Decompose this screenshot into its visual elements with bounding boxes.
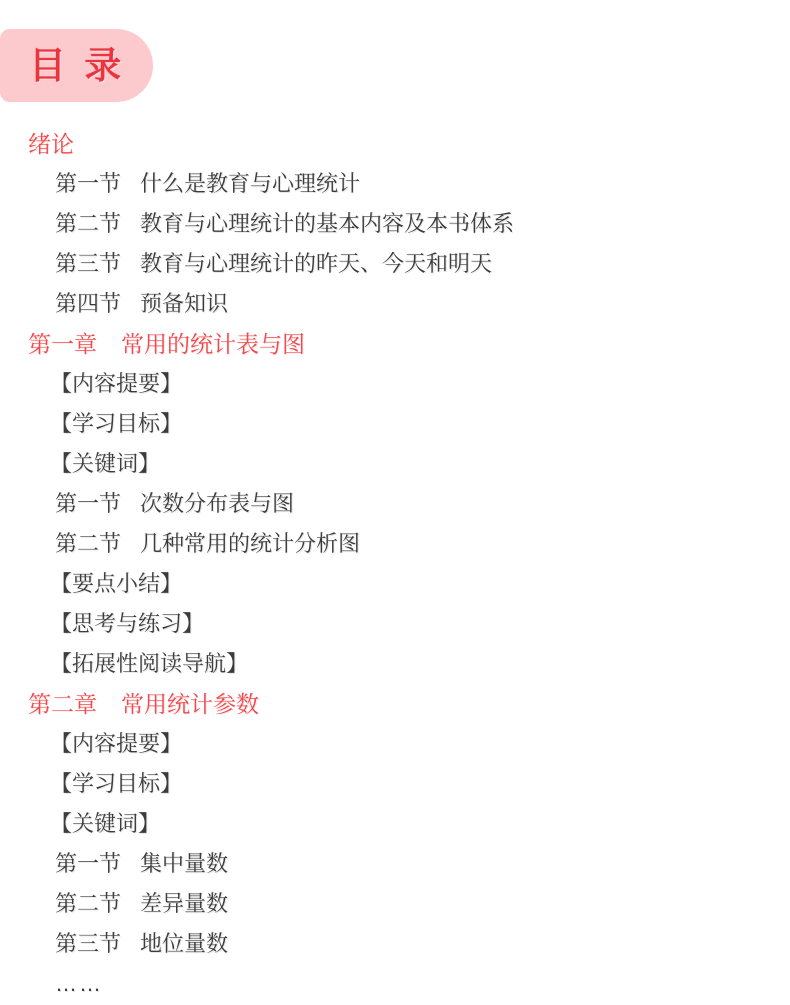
toc-item-title: 什么是教育与心理统计 xyxy=(140,164,360,204)
toc-item[interactable]: 【学习目标】 xyxy=(0,764,790,804)
toc-item[interactable]: 绪论 xyxy=(0,124,790,164)
toc-item[interactable]: 【关键词】 xyxy=(0,804,790,844)
toc-item[interactable]: 【内容提要】 xyxy=(0,364,790,404)
toc-item[interactable]: 第一节集中量数 xyxy=(0,844,790,884)
page-title: 目 录 xyxy=(29,47,125,84)
toc-item[interactable]: 【学习目标】 xyxy=(0,404,790,444)
toc-item-title: 【拓展性阅读导航】 xyxy=(50,644,248,684)
toc-item[interactable]: 第二章常用统计参数 xyxy=(0,684,790,724)
toc-item[interactable]: 【要点小结】 xyxy=(0,564,790,604)
page: { "badge": { "label": "目 录", "bg_color":… xyxy=(0,0,790,1005)
toc-item-title: 【要点小结】 xyxy=(50,564,182,604)
toc-item[interactable]: 第二节差异量数 xyxy=(0,884,790,924)
toc-item-title: …… xyxy=(55,964,103,1004)
toc-item-title: 次数分布表与图 xyxy=(140,484,294,524)
toc-item-label: 第一节 xyxy=(55,844,121,884)
toc-item-label: 第三节 xyxy=(55,244,121,284)
toc-item[interactable]: 第三节教育与心理统计的昨天、今天和明天 xyxy=(0,244,790,284)
toc-item-label: 第三节 xyxy=(55,924,121,964)
toc-item[interactable]: 第四节预备知识 xyxy=(0,284,790,324)
toc-item-title: 常用的统计表与图 xyxy=(121,324,305,364)
toc-item-title: 教育与心理统计的基本内容及本书体系 xyxy=(140,204,514,244)
toc-item-title: 【内容提要】 xyxy=(50,724,182,764)
toc-item-title: 【学习目标】 xyxy=(50,404,182,444)
toc-item-title: 【内容提要】 xyxy=(50,364,182,404)
toc-item[interactable]: 【内容提要】 xyxy=(0,724,790,764)
toc-item-label: 第二节 xyxy=(55,204,121,244)
toc-item[interactable]: 第二节几种常用的统计分析图 xyxy=(0,524,790,564)
toc-item[interactable]: 第一章常用的统计表与图 xyxy=(0,324,790,364)
toc-item-title: 【关键词】 xyxy=(50,804,160,844)
toc-item-title: 差异量数 xyxy=(140,884,228,924)
toc-item-label: 第一节 xyxy=(55,164,121,204)
toc-item[interactable]: 第三节地位量数 xyxy=(0,924,790,964)
toc-item-title: 【学习目标】 xyxy=(50,764,182,804)
toc-item[interactable]: 【思考与练习】 xyxy=(0,604,790,644)
toc-item-label: 绪论 xyxy=(28,124,74,164)
toc-item-title: 集中量数 xyxy=(140,844,228,884)
toc-item-title: 几种常用的统计分析图 xyxy=(140,524,360,564)
toc-item-title: 【思考与练习】 xyxy=(50,604,204,644)
toc-item[interactable]: 【拓展性阅读导航】 xyxy=(0,644,790,684)
toc-item-label: 第二节 xyxy=(55,524,121,564)
toc-list: 绪论第一节什么是教育与心理统计第二节教育与心理统计的基本内容及本书体系第三节教育… xyxy=(0,124,790,1004)
toc-item[interactable]: …… xyxy=(0,964,790,1004)
toc-item-label: 第一节 xyxy=(55,484,121,524)
toc-item-title: 教育与心理统计的昨天、今天和明天 xyxy=(140,244,492,284)
toc-header-badge: 目 录 xyxy=(0,29,153,102)
toc-item-title: 地位量数 xyxy=(140,924,228,964)
toc-item[interactable]: 第一节次数分布表与图 xyxy=(0,484,790,524)
toc-item[interactable]: 第二节教育与心理统计的基本内容及本书体系 xyxy=(0,204,790,244)
toc-item-label: 第二章 xyxy=(28,684,97,724)
toc-item-label: 第四节 xyxy=(55,284,121,324)
toc-item-title: 【关键词】 xyxy=(50,444,160,484)
toc-item-title: 预备知识 xyxy=(140,284,228,324)
toc-item-label: 第一章 xyxy=(28,324,97,364)
toc-item[interactable]: 第一节什么是教育与心理统计 xyxy=(0,164,790,204)
toc-item[interactable]: 【关键词】 xyxy=(0,444,790,484)
toc-item-label: 第二节 xyxy=(55,884,121,924)
toc-item-title: 常用统计参数 xyxy=(121,684,259,724)
